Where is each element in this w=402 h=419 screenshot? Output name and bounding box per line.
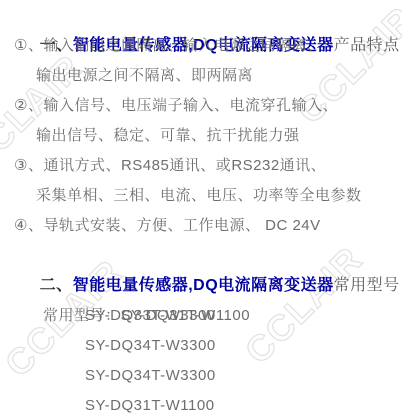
- section1-heading: 一、智能电量传感器,DQ电流隔离变送器产品特点: [0, 1, 402, 31]
- model-number: SY-DQ31T-W1100: [0, 391, 402, 419]
- feature-3-line-1: ③、通讯方式、RS485通讯、或RS232通讯、: [0, 151, 402, 181]
- document-content: 一、智能电量传感器,DQ电流隔离变送器产品特点 ①、输入输出之间隔离、输入电源之…: [0, 0, 402, 419]
- section2-heading: 二、智能电量传感器,DQ电流隔离变送器常用型号: [0, 241, 402, 271]
- feature-3-line-2: 采集单相、三相、电流、电压、功率等全电参数: [0, 181, 402, 211]
- model-number: SY-DQ34T-W3300: [0, 331, 402, 361]
- feature-4-line-1: ④、导轨式安装、方便、工作电源、 DC 24V: [0, 211, 402, 241]
- section2-product-name: 智能电量传感器,DQ电流隔离变送器: [73, 277, 334, 294]
- document-page: CCLAIR CCLAIR CCLAIR CCLAIR 一、智能电量传感器,DQ…: [0, 0, 402, 419]
- model-number: SY-DQ34T-W3300: [0, 361, 402, 391]
- feature-2-line-1: ②、输入信号、电压端子输入、电流穿孔输入、: [0, 91, 402, 121]
- feature-2-line-2: 输出信号、稳定、可靠、抗干扰能力强: [0, 121, 402, 151]
- section2-heading-suffix: 常用型号: [334, 277, 400, 294]
- feature-1-line-2: 输出电源之间不隔离、即两隔离: [0, 61, 402, 91]
- section2-number: 二、: [40, 277, 73, 294]
- section1-heading-suffix: 产品特点: [334, 37, 400, 54]
